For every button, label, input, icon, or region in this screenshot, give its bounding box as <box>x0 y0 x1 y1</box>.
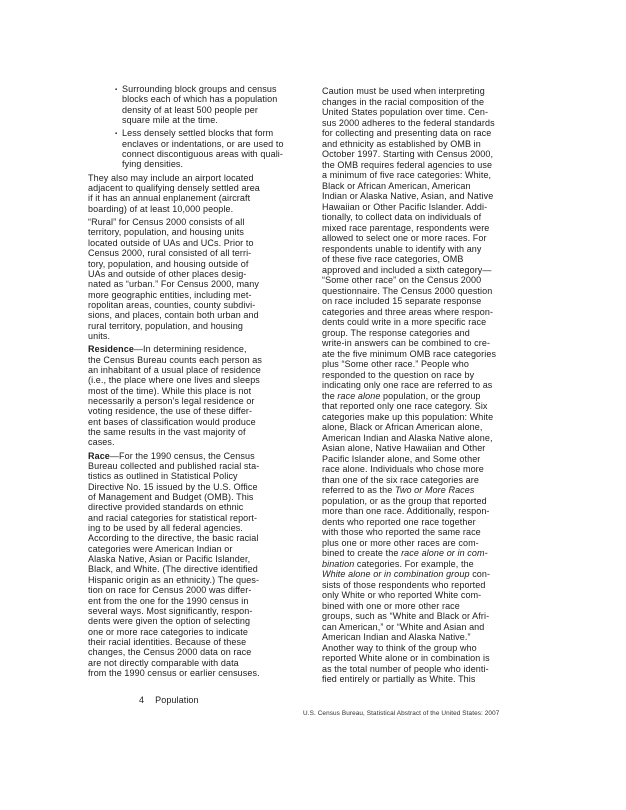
bullet-icon: ▪ <box>115 85 117 95</box>
page-footer-left: 4Population <box>139 695 199 705</box>
paragraph-text: Race—For the 1990 census, the CensusBure… <box>88 451 322 679</box>
paragraph-text: “Rural” for Census 2000 consists of allt… <box>88 217 322 341</box>
bullet-icon: ▪ <box>115 129 117 139</box>
paragraph-text: Less densely settled blocks that formenc… <box>122 128 322 169</box>
bullet-item: ▪Surrounding block groups and censusbloc… <box>88 84 322 125</box>
bullet-item: ▪Less densely settled blocks that formen… <box>88 128 322 169</box>
text-column-right: Caution must be used when interpretingch… <box>322 86 552 685</box>
page-section-label: Population <box>155 695 199 705</box>
paragraph: Residence—In determining residence,the C… <box>88 344 322 447</box>
paragraph: “Rural” for Census 2000 consists of allt… <box>88 217 322 341</box>
paragraph-text: Residence—In determining residence,the C… <box>88 344 322 447</box>
paragraph: Caution must be used when interpretingch… <box>322 86 552 685</box>
paragraph-text: Caution must be used when interpretingch… <box>322 86 552 685</box>
paragraph: Race—For the 1990 census, the CensusBure… <box>88 451 322 679</box>
page-footer-source: U.S. Census Bureau, Statistical Abstract… <box>303 710 499 717</box>
text-column-left: ▪Surrounding block groups and censusbloc… <box>88 84 322 678</box>
paragraph-text: They also may include an airport located… <box>88 173 322 214</box>
paragraph: They also may include an airport located… <box>88 173 322 214</box>
paragraph-text: Surrounding block groups and censusblock… <box>122 84 322 125</box>
page-number: 4 <box>139 695 144 705</box>
document-page: ▪Surrounding block groups and censusbloc… <box>0 0 626 810</box>
